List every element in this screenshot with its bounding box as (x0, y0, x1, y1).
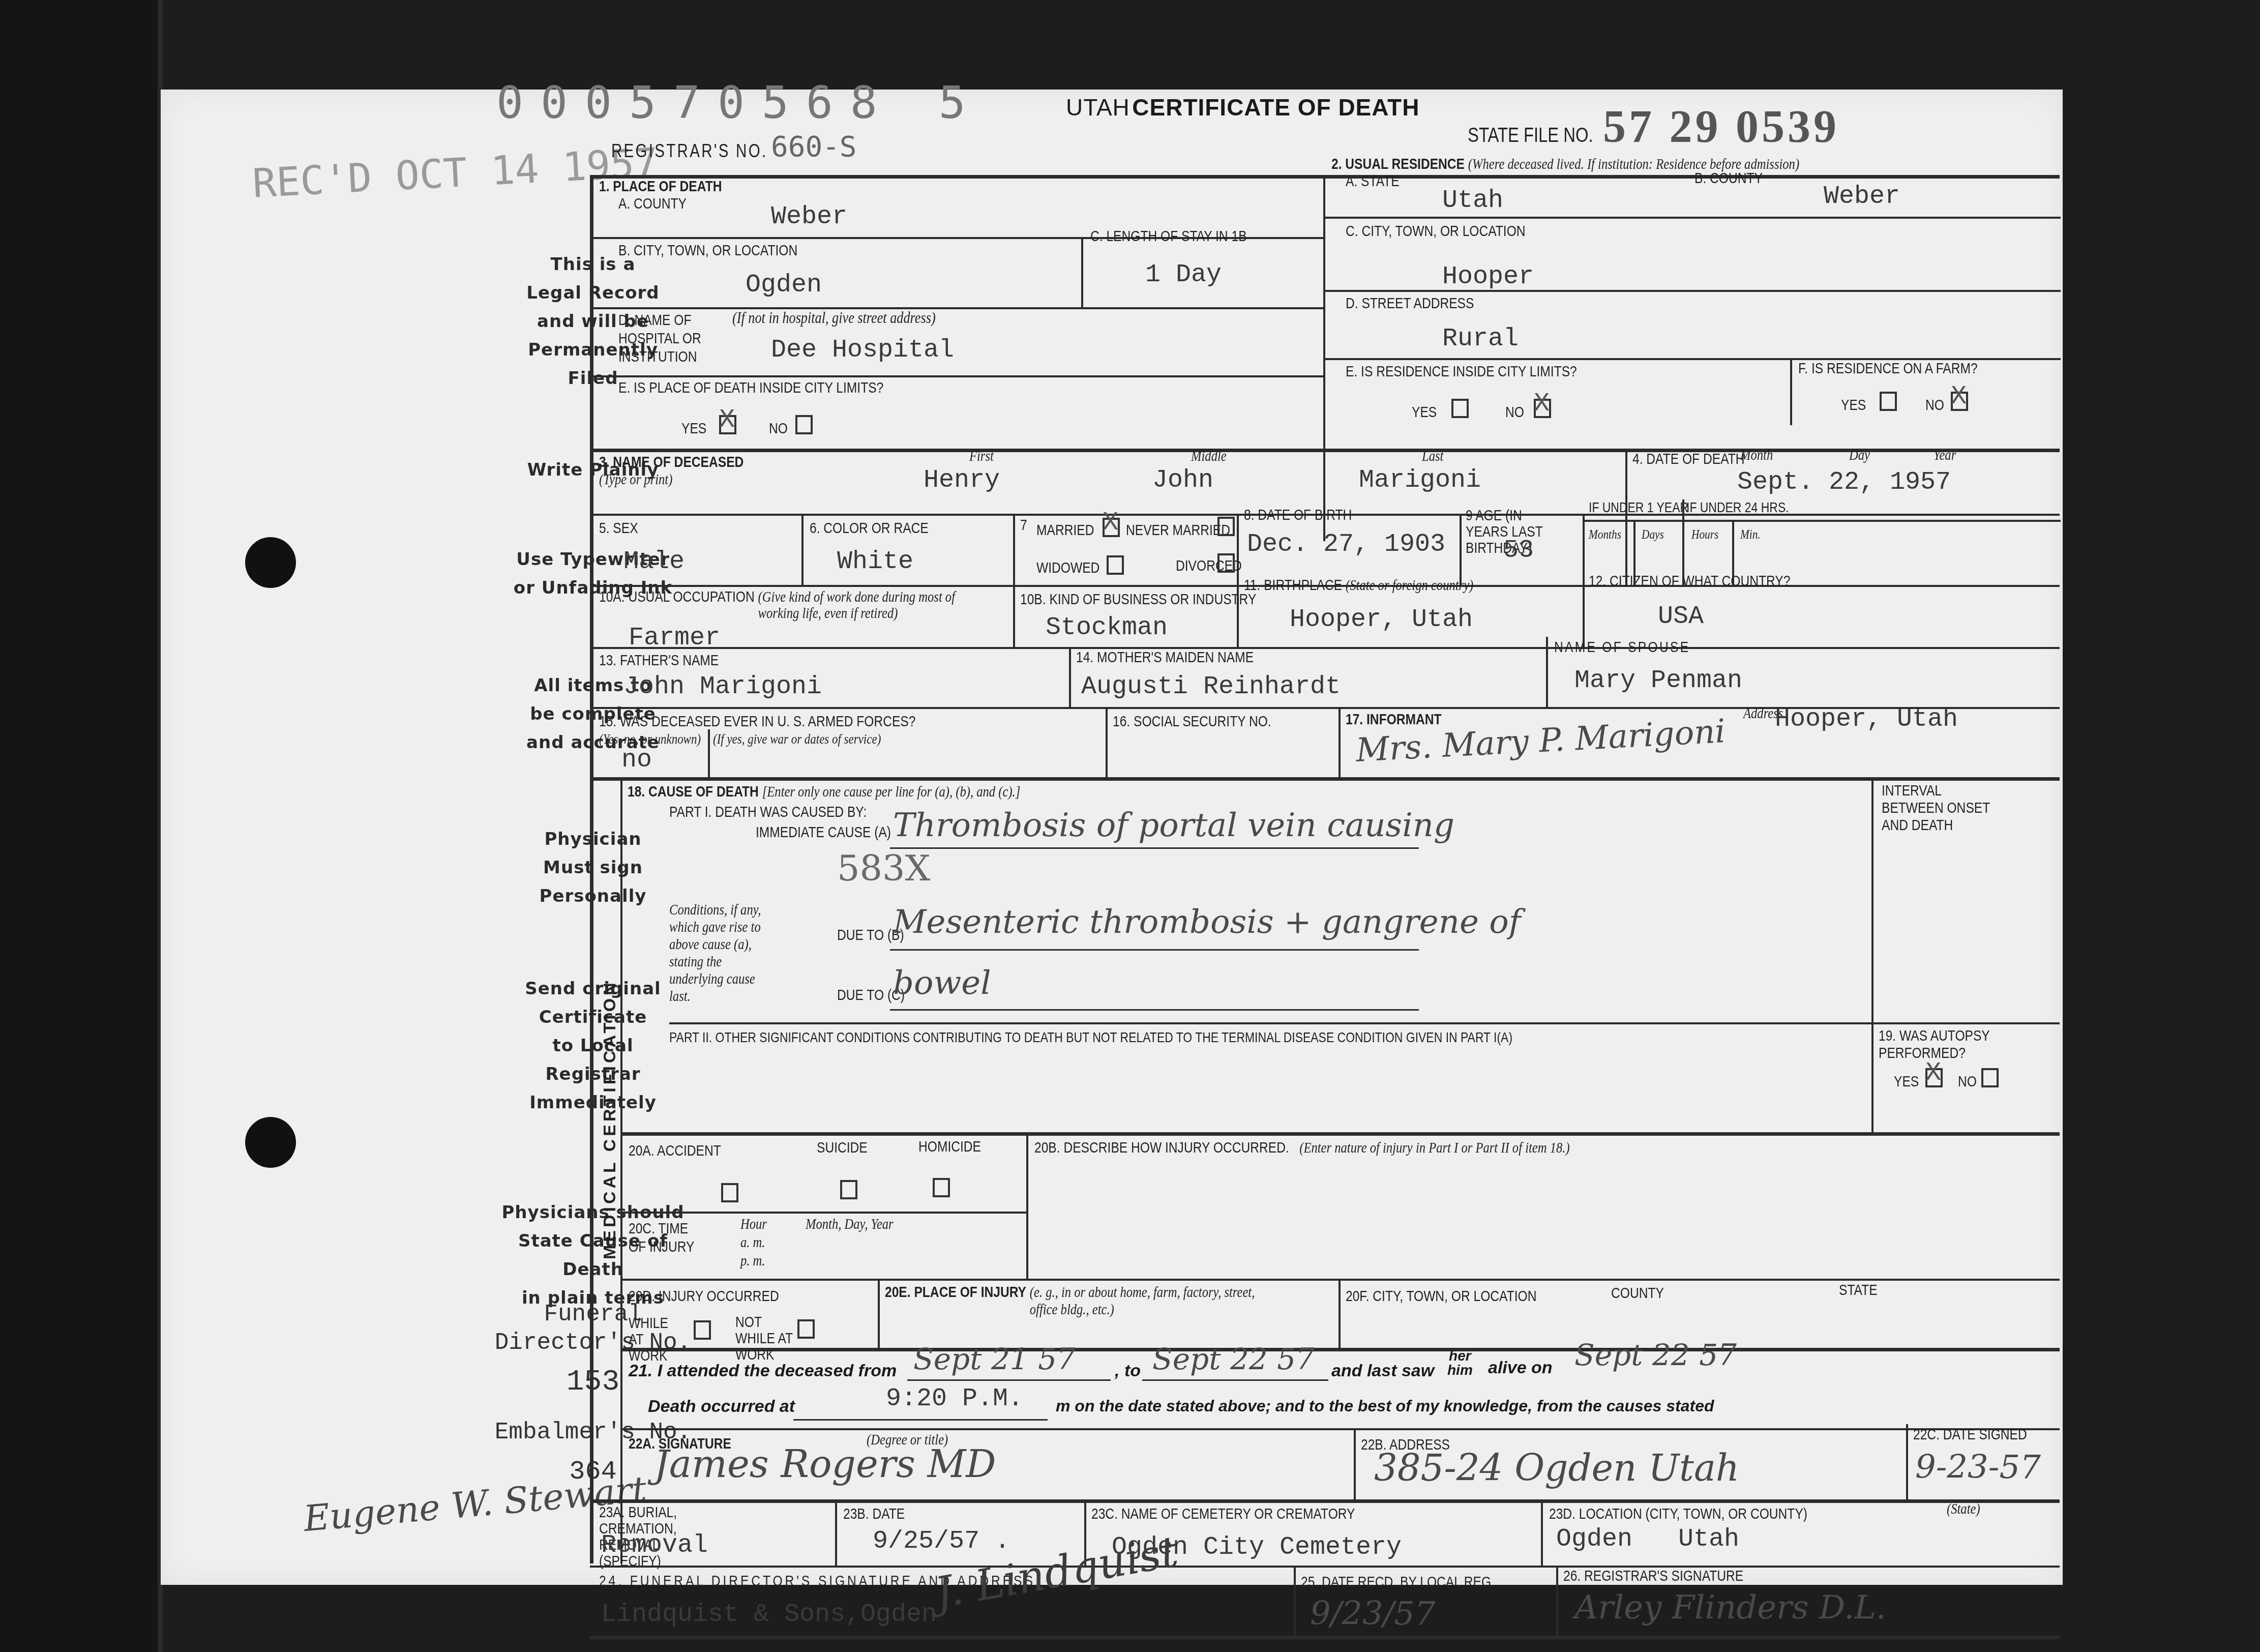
last-saw-label: and last saw (1331, 1361, 1434, 1381)
homicide-label: HOMICIDE (918, 1138, 981, 1156)
rule (1354, 1428, 1356, 1499)
am-label: a. m. (740, 1234, 765, 1251)
informant-address-value[interactable]: Hooper, Utah (1775, 705, 1958, 734)
death-city-value[interactable]: Ogden (746, 271, 822, 300)
injury-occurred-label: 20d. INJURY OCCURRED (629, 1288, 779, 1305)
label-text: 20b. DESCRIBE HOW INJURY OCCURRED. (1034, 1139, 1289, 1156)
cause-b-value[interactable]: Mesenteric thrombosis + gangrene of (893, 903, 1521, 941)
rule (793, 1419, 1048, 1421)
rule (590, 777, 2060, 781)
label-text: 1. PLACE OF DEATH (599, 178, 722, 195)
injury-desc-label: 20b. DESCRIBE HOW INJURY OCCURRED. (Ente… (1034, 1139, 1570, 1157)
hint-text: (e. g., in or about home, farm, factory,… (1030, 1284, 1263, 1318)
dob-label: 8. DATE OF BIRTH (1244, 507, 1352, 524)
place-of-death-label: 1. PLACE OF DEATH (599, 178, 722, 195)
hint-text: (Give kind of work done during most of w… (758, 589, 959, 622)
rule (890, 847, 1419, 849)
serial-number: 000570568 5 (496, 76, 983, 129)
date-recd-value[interactable]: 9/23/57 (1310, 1595, 1436, 1633)
date-signed-value[interactable]: 9-23-57 (1915, 1449, 2041, 1486)
rule (1790, 358, 1792, 425)
date-of-death-value[interactable]: Sept. 22, 1957 (1737, 468, 1951, 497)
alive-on-label: alive on (1488, 1358, 1553, 1378)
never-married-label: NEVER MARRIED (1126, 522, 1230, 539)
rule (1541, 1499, 1543, 1566)
rule (907, 1379, 1111, 1381)
hospital-hint: (If not in hospital, give street address… (732, 308, 936, 327)
res-inside-city-no-checkbox[interactable] (1534, 399, 1551, 418)
physician-signature[interactable]: James Rogers MD (654, 1442, 996, 1486)
under-1-year-label: IF UNDER 1 YEAR (1589, 499, 1688, 516)
physician-address[interactable]: 385-24 Ogden Utah (1374, 1447, 1739, 1489)
death-time-value[interactable]: 9:20 P.M. (886, 1384, 1023, 1413)
rule (590, 175, 593, 1563)
father-label: 13. FATHER'S NAME (599, 652, 719, 669)
dob-value[interactable]: Dec. 27, 1903 (1247, 530, 1445, 559)
first-label: First (969, 448, 994, 465)
divorced-checkbox[interactable] (1217, 553, 1235, 573)
farm-label: f. IS RESIDENCE ON A FARM? (1798, 360, 1978, 377)
hint-text: (Type or print) (599, 471, 672, 488)
rule (1871, 777, 1874, 1133)
part1-label: PART I. DEATH WAS CAUSED BY: (669, 804, 867, 821)
last-name-value[interactable]: Marigoni (1359, 466, 1481, 495)
rule (620, 1132, 2060, 1136)
burial-value[interactable]: Removal (601, 1531, 708, 1560)
suicide-label: SUICIDE (817, 1139, 868, 1157)
burial-date-value[interactable]: 9/25/57 . (873, 1527, 1010, 1556)
registrar-signature[interactable]: Arley Flinders D.L. (1574, 1589, 1886, 1627)
rule (890, 949, 1419, 951)
label-text: INTERVAL BETWEEN ONSET AND DEATH (1882, 782, 1990, 834)
hospital-label: d. NAME OF HOSPITAL OR INSTITUTION (618, 311, 702, 366)
rule (1546, 637, 1548, 707)
deceased-name-label: 3. NAME OF DECEASED(Type or print) (599, 454, 744, 488)
rule (620, 1348, 2060, 1351)
rule (890, 1009, 1419, 1011)
day-label: Day (1849, 447, 1870, 464)
married-label: MARRIED (1036, 522, 1094, 539)
certificate-title: UTAH CERTIFICATE OF DEATH (1066, 94, 1419, 121)
rule (620, 1212, 1027, 1214)
autopsy-yes-checkbox[interactable] (1925, 1068, 1943, 1087)
length-of-stay-value[interactable]: 1 Day (1145, 260, 1222, 289)
not-while-at-work-checkbox[interactable] (797, 1319, 815, 1339)
months-label: Months (1589, 527, 1621, 542)
pronoun-options: herhim (1447, 1349, 1473, 1377)
mother-label: 14. MOTHER'S MAIDEN NAME (1076, 649, 1254, 666)
label-text: 10a. USUAL OCCUPATION (599, 588, 755, 605)
conditions-hint: Conditions, if any, which gave rise to a… (669, 901, 778, 1005)
label-text: 17. INFORMANT (1346, 711, 1442, 728)
autopsy-no-checkbox[interactable] (1981, 1068, 1999, 1087)
while-at-work-label: WHILE AT WORK (629, 1315, 678, 1364)
punch-hole (245, 1117, 296, 1168)
rule (1026, 1132, 1028, 1280)
rule (1583, 514, 1585, 585)
rule (1625, 449, 1627, 586)
armed-forces-label: 15. WAS DECEASED EVER IN U. S. ARMED FOR… (599, 713, 915, 730)
res-county-value[interactable]: Weber (1824, 182, 1900, 211)
punch-hole (245, 537, 296, 588)
widowed-label: WIDOWED (1036, 559, 1099, 577)
him-label: him (1447, 1363, 1473, 1377)
alive-on-value[interactable]: Sept 22 57 (1574, 1338, 1737, 1372)
rule (801, 514, 804, 585)
label-text: 18. CAUSE OF DEATH (628, 783, 759, 800)
label-text: 3. NAME OF DECEASED (599, 454, 744, 470)
rule (1013, 514, 1015, 585)
rule (1339, 1279, 1341, 1348)
funeral-director-value[interactable]: Lindquist & Sons,Ogden (601, 1600, 937, 1629)
rule (1142, 1379, 1328, 1381)
label-text: 20e. PLACE OF INJURY (885, 1284, 1026, 1301)
race-label: 6. COLOR OR RACE (810, 520, 929, 537)
res-city-value[interactable]: Hooper (1442, 262, 1534, 291)
citizen-value[interactable]: USA (1658, 602, 1704, 631)
cause-c-value[interactable]: bowel (893, 964, 991, 1002)
death-occurred-label: Death occurred at (648, 1397, 795, 1417)
cause-a-value[interactable]: Thrombosis of portal vein causing (893, 807, 1454, 844)
title-prefix: UTAH (1066, 94, 1130, 121)
autopsy-label: 19. WAS AUTOPSY PERFORMED? (1879, 1027, 1996, 1062)
attended-from-value[interactable]: Sept 21 57 (913, 1342, 1076, 1376)
married-checkbox[interactable] (1103, 518, 1120, 537)
no-label: NO (1505, 404, 1524, 421)
res-state-label: a. STATE (1346, 173, 1400, 190)
sex-value[interactable]: Male (623, 547, 685, 576)
rule (1106, 707, 1108, 777)
middle-name-value[interactable]: John (1152, 466, 1213, 495)
to-label: , to (1115, 1361, 1141, 1381)
rule (1081, 237, 1083, 308)
rule (1323, 217, 2061, 219)
mother-value[interactable]: Augusti Reinhardt (1081, 672, 1341, 701)
scan-background-left (0, 0, 158, 1652)
rule (1556, 1566, 1558, 1637)
industry-label: 10b. KIND OF BUSINESS OR INDUSTRY (1020, 591, 1256, 608)
accident-label: 20a. ACCIDENT (629, 1142, 721, 1160)
label-text: 2. USUAL RESIDENCE (1331, 156, 1465, 172)
embalmer-signature: Eugene W. Stewart (302, 1468, 648, 1540)
cemetery-label: 23c. NAME OF CEMETERY OR CREMATORY (1091, 1506, 1355, 1523)
registrar-no: 660-S (771, 130, 857, 163)
no-label: NO (769, 420, 788, 437)
no-label: NO (1925, 397, 1944, 414)
rule (1069, 647, 1071, 707)
rule (1237, 514, 1239, 585)
state-hint: (State) (1947, 1500, 1980, 1518)
hours-label: Hours (1691, 527, 1718, 542)
armed-forces-service-hint: (If yes, give war or dates of service) (713, 731, 881, 748)
part2-label: PART II. OTHER SIGNIFICANT CONDITIONS CO… (669, 1029, 1512, 1046)
marital-label: 7 (1020, 517, 1027, 534)
registrar-sig-label: 26. REGISTRAR'S SIGNATURE (1563, 1568, 1743, 1585)
rule (1237, 585, 1239, 648)
pm-label: p. m. (740, 1252, 765, 1270)
spouse-value[interactable]: Mary Penman (1574, 666, 1742, 695)
farm-yes-checkbox[interactable] (1880, 392, 1897, 411)
rule (590, 449, 2060, 452)
accident-checkbox[interactable] (721, 1183, 738, 1202)
rule (590, 1566, 2060, 1568)
rule (835, 1499, 837, 1566)
state-file-label: STATE FILE NO. (1468, 124, 1593, 147)
sex-label: 5. SEX (599, 520, 638, 537)
first-name-value[interactable]: Henry (924, 466, 1000, 495)
yes-label: YES (1894, 1073, 1919, 1090)
rule (1583, 520, 2061, 522)
rule (1323, 290, 2061, 292)
res-state-value[interactable]: Utah (1442, 186, 1503, 215)
mdy-label: Month, Day, Year (806, 1216, 894, 1233)
rule (1906, 1424, 1908, 1499)
date-of-death-label: 4. DATE OF DEATH (1632, 451, 1745, 468)
cause-code: 583X (837, 847, 930, 889)
never-married-checkbox[interactable] (1217, 517, 1235, 536)
immediate-cause-label: IMMEDIATE CAUSE (a) (756, 824, 891, 841)
location-label: 23d. LOCATION (City, town, or county) (1549, 1506, 1807, 1523)
injury-city-label: 20f. CITY, TOWN, OR LOCATION (1346, 1288, 1536, 1305)
death-inside-city-yes-checkbox[interactable] (719, 415, 736, 434)
rule (669, 1022, 2060, 1024)
cause-of-death-label: 18. CAUSE OF DEATH [Enter only one cause… (628, 783, 1020, 801)
hour-label: Hour (740, 1216, 767, 1233)
industry-value[interactable]: Stockman (1046, 613, 1168, 642)
yes-label: YES (1841, 397, 1866, 414)
injury-desc-field[interactable] (1034, 1163, 2051, 1275)
res-city-label: c. CITY, TOWN, OR LOCATION (1346, 223, 1526, 240)
res-county-label: b. COUNTY (1694, 170, 1763, 187)
rule (1339, 707, 1341, 777)
death-inside-city-no-checkbox[interactable] (795, 415, 813, 434)
month-label: Month (1740, 447, 1773, 464)
under-24-hrs-label: IF UNDER 24 HRS. (1686, 499, 1789, 516)
res-street-value[interactable]: Rural (1442, 324, 1519, 353)
registrar-no-label: REGISTRAR'S NO. (611, 140, 767, 162)
res-inside-city-yes-checkbox[interactable] (1451, 399, 1469, 418)
hint-text: (Enter nature of injury in Part I or Par… (1299, 1139, 1569, 1156)
spouse-label: NAME OF SPOUSE (1554, 639, 1690, 656)
place-injury-label: 20e. PLACE OF INJURY (e. g., in or about… (885, 1284, 1263, 1318)
time-injury-label: 20c. TIME OF INJURY (629, 1220, 695, 1256)
burial-date-label: 23b. DATE (843, 1506, 905, 1523)
not-while-at-work-label: NOT WHILE AT WORK (735, 1314, 798, 1363)
homicide-checkbox[interactable] (933, 1178, 950, 1197)
citizen-label: 12. CITIZEN OF WHAT COUNTRY? (1589, 573, 1790, 590)
rule (1294, 1566, 1296, 1637)
inside-city-label: e. IS PLACE OF DEATH INSIDE CITY LIMITS? (618, 379, 883, 397)
res-street-label: d. STREET ADDRESS (1346, 295, 1474, 312)
res-inside-city-label: e. IS RESIDENCE INSIDE CITY LIMITS? (1346, 363, 1577, 380)
ssn-label: 16. SOCIAL SECURITY NO. (1113, 713, 1271, 730)
armed-forces-value[interactable]: no (621, 746, 652, 775)
injury-county-label: COUNTY (1611, 1285, 1664, 1302)
injury-state-label: STATE (1839, 1282, 1878, 1299)
rule (1682, 499, 1684, 585)
death-county-value[interactable]: Weber (771, 202, 847, 231)
father-value[interactable]: John Marigoni (623, 672, 822, 701)
rule (590, 1499, 2060, 1503)
label-text: 19. WAS AUTOPSY PERFORMED? (1879, 1027, 1996, 1062)
min-label: Min. (1740, 527, 1761, 542)
interval-label: INTERVAL BETWEEN ONSET AND DEATH (1882, 782, 1990, 834)
death-certificate: 000570568 5 REC'D OCT 14 1957 REGISTRAR'… (161, 90, 2063, 1585)
rule (708, 729, 710, 777)
rule (620, 1428, 2060, 1430)
hint-text: [Enter only one cause per line for (a), … (762, 783, 1021, 800)
rule (590, 1636, 2060, 1639)
city-label: b. CITY, TOWN, OR LOCATION (618, 242, 797, 259)
hospital-value[interactable]: Dee Hospital (771, 336, 954, 365)
birthplace-label: 11. BIRTHPLACE (State or foreign country… (1244, 577, 1473, 594)
state-file-no: 57 29 0539 (1603, 101, 1839, 153)
length-of-stay-label: c. LENGTH OF STAY IN 1b (1090, 228, 1247, 245)
farm-no-checkbox[interactable] (1951, 392, 1968, 411)
attended-label: 21. I attended the deceased from (629, 1361, 897, 1381)
informant-label: 17. INFORMANT (1346, 711, 1442, 728)
last-label: Last (1422, 448, 1443, 465)
while-at-work-checkbox[interactable] (694, 1320, 711, 1340)
rule (878, 1279, 880, 1348)
suicide-checkbox[interactable] (840, 1180, 857, 1199)
rule (590, 647, 2060, 649)
occupation-label: 10a. USUAL OCCUPATION (Give kind of work… (599, 589, 958, 622)
attestation-statement: m on the date stated above; and to the b… (1056, 1397, 1714, 1415)
rule (1013, 585, 1015, 648)
yes-label: YES (1412, 404, 1437, 421)
yes-label: YES (681, 420, 706, 437)
received-stamp: REC'D OCT 14 1957 (251, 140, 659, 207)
hint-text: (State or foreign country) (1346, 577, 1473, 594)
rule (1460, 514, 1462, 585)
county-label: a. COUNTY (618, 195, 687, 213)
birthplace-value[interactable]: Hooper, Utah (1290, 605, 1473, 634)
race-value[interactable]: White (837, 547, 913, 576)
days-label: Days (1642, 527, 1664, 542)
location-value[interactable]: Ogden Utah (1556, 1525, 1739, 1554)
rule (590, 307, 1324, 309)
date-signed-label: 22c. DATE SIGNED (1913, 1426, 2027, 1443)
medical-certification-label: MEDICAL CERTIFICATION (600, 980, 620, 1259)
no-label: NO (1958, 1073, 1977, 1090)
attended-to-value[interactable]: Sept 22 57 (1152, 1342, 1315, 1376)
middle-label: Middle (1191, 448, 1227, 465)
rule (620, 777, 622, 1563)
year-label: Year (1934, 447, 1956, 464)
title-text: CERTIFICATE OF DEATH (1132, 94, 1419, 121)
age-value[interactable]: 53 (1503, 536, 1534, 565)
label-text: 11. BIRTHPLACE (1244, 577, 1342, 594)
date-recd-label: 25. DATE RECD. BY LOCAL REG. (1301, 1574, 1495, 1591)
rule (590, 375, 1324, 377)
her-label: her (1447, 1349, 1473, 1363)
widowed-checkbox[interactable] (1107, 555, 1124, 575)
